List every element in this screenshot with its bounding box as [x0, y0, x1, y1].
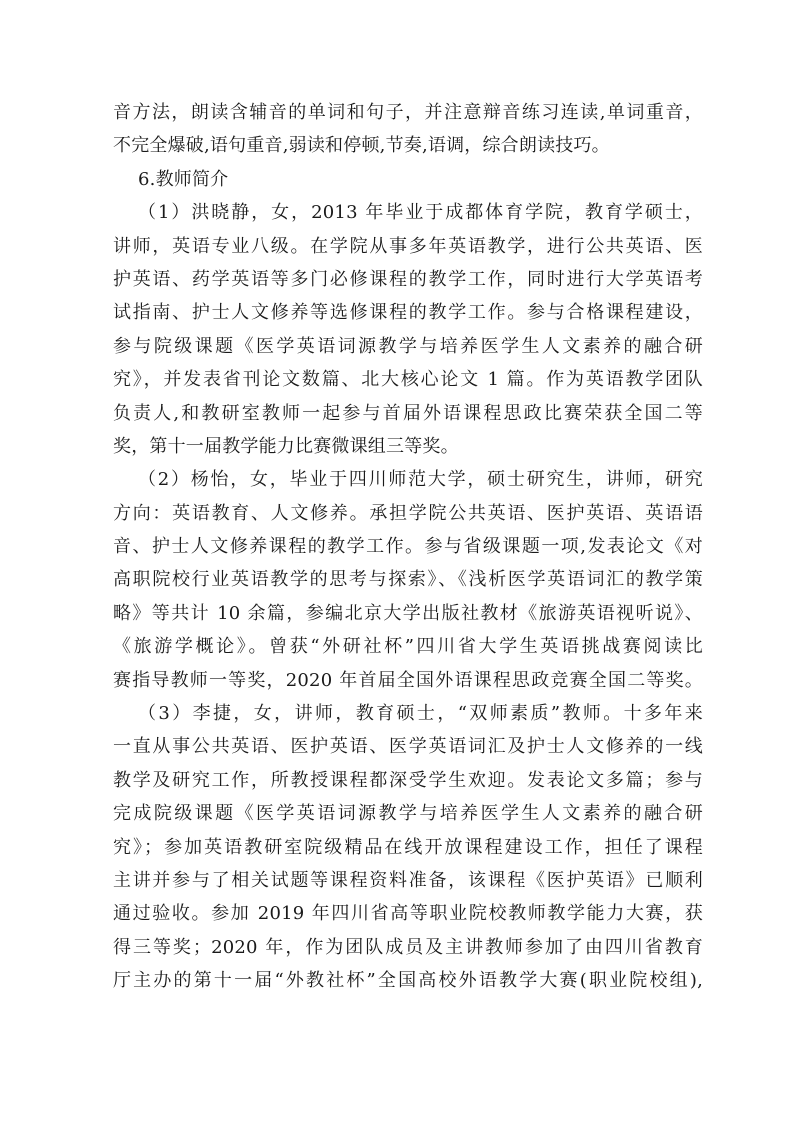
text-line: 奖，第十一届教学能力比赛微课组三等奖。: [113, 430, 703, 463]
text-line: 音、护士人文修养课程的教学工作。参与省级课题一项,发表论文《对: [113, 530, 703, 563]
text-line: 护英语、药学英语等多门必修课程的教学工作，同时进行大学英语考: [113, 263, 703, 296]
section-heading: 6.教师简介: [113, 163, 703, 196]
text-line: （2）杨怡，女，毕业于四川师范大学，硕士研究生，讲师，研究: [113, 463, 703, 496]
text-line: 究》；参加英语教研室院级精品在线开放课程建设工作，担任了课程: [113, 831, 703, 864]
text-line: （3）李捷，女，讲师，教育硕士，“双师素质”教师。十多年来: [113, 697, 703, 730]
text-line: 通过验收。参加 2019 年四川省高等职业院校教师教学能力大赛，获: [113, 897, 703, 930]
text-line: 得三等奖；2020 年，作为团队成员及主讲教师参加了由四川省教育: [113, 931, 703, 964]
text-line: 主讲并参与了相关试题等课程资料准备，该课程《医护英语》已顺利: [113, 864, 703, 897]
text-line: 参与院级课题《医学英语词源教学与培养医学生人文素养的融合研: [113, 330, 703, 363]
text-line: 略》等共计 10 余篇，参编北京大学出版社教材《旅游英语视听说》、: [113, 597, 703, 630]
document-body: 音方法，朗读含辅音的单词和句子，并注意辩音练习连读,单词重音，不完全爆破,语句重…: [113, 96, 703, 998]
text-line: 一直从事公共英语、医护英语、医学英语词汇及护士人文修养的一线: [113, 730, 703, 763]
text-line: 赛指导教师一等奖，2020 年首届全国外语课程思政竞赛全国二等奖。: [113, 664, 703, 697]
text-line: 完成院级课题《医学英语词源教学与培养医学生人文素养的融合研: [113, 797, 703, 830]
text-line: 方向：英语教育、人文修养。承担学院公共英语、医护英语、英语语: [113, 497, 703, 530]
text-line: 究》，并发表省刊论文数篇、北大核心论文 1 篇。作为英语教学团队: [113, 363, 703, 396]
text-line: 厅主办的第十一届“外教社杯”全国高校外语教学大赛(职业院校组),: [113, 964, 703, 997]
text-line: 《旅游学概论》。曾获“外研社杯”四川省大学生英语挑战赛阅读比: [113, 630, 703, 663]
document-page: 音方法，朗读含辅音的单词和句子，并注意辩音练习连读,单词重音，不完全爆破,语句重…: [0, 0, 793, 1122]
text-line: 讲师，英语专业八级。在学院从事多年英语教学，进行公共英语、医: [113, 230, 703, 263]
text-line: 试指南、护士人文修养等选修课程的教学工作。参与合格课程建设，: [113, 296, 703, 329]
text-line: 负责人,和教研室教师一起参与首届外语课程思政比赛荣获全国二等: [113, 397, 703, 430]
text-line: 教学及研究工作，所教授课程都深受学生欢迎。发表论文多篇；参与: [113, 764, 703, 797]
text-line: （1）洪晓静，女，2013 年毕业于成都体育学院，教育学硕士，: [113, 196, 703, 229]
text-line: 音方法，朗读含辅音的单词和句子，并注意辩音练习连读,单词重音，: [113, 96, 703, 129]
text-line: 不完全爆破,语句重音,弱读和停顿,节奏,语调，综合朗读技巧。: [113, 129, 703, 162]
text-line: 高职院校行业英语教学的思考与探索》、《浅析医学英语词汇的教学策: [113, 563, 703, 596]
